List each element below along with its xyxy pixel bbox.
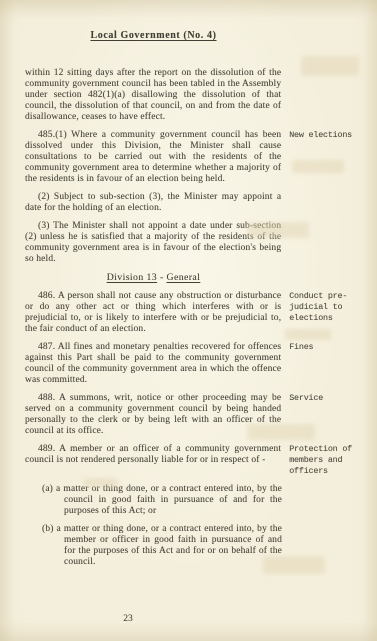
margin-note-fines: Fines xyxy=(289,342,371,353)
section-text: 487. All fines and monetary penalties re… xyxy=(25,342,281,386)
list-item-b: (b) a matter or thing done, or a contrac… xyxy=(25,524,282,568)
margin-note-conduct-prejudicial: Conduct pre- judicial to elections xyxy=(289,291,371,324)
section-text: (3) The Minister shall not appoint a dat… xyxy=(25,221,281,265)
page-title: Local Government (No. 4) xyxy=(25,30,282,41)
list-item-label: (b) xyxy=(42,524,54,534)
margin-note-service: Service xyxy=(289,393,371,404)
section-489: 489. A member or an officer of a communi… xyxy=(25,444,371,477)
division-separator: - xyxy=(160,272,164,283)
list-item-label: (a) xyxy=(42,484,53,494)
list-item-text: a matter or thing done, or a contract en… xyxy=(57,524,282,567)
section-text: 488. A summons, writ, notice or other pr… xyxy=(25,393,281,437)
margin-note-new-elections: New elections xyxy=(289,130,371,141)
section-text: (2) Subject to sub-section (3), the Mini… xyxy=(25,192,281,214)
section-485-3: (3) The Minister shall not appoint a dat… xyxy=(25,221,371,265)
division-number: Division 13 xyxy=(107,272,157,283)
section-485-1: 485.(1) Where a community government cou… xyxy=(25,130,371,185)
paragraph-text: within 12 sitting days after the report … xyxy=(25,68,281,123)
section-485-2: (2) Subject to sub-section (3), the Mini… xyxy=(25,192,371,214)
paragraph-continuation: within 12 sitting days after the report … xyxy=(25,68,371,123)
division-title: General xyxy=(166,272,200,283)
section-text: 489. A member or an officer of a communi… xyxy=(25,444,281,466)
list-item-text: a matter or thing done, or a contract en… xyxy=(56,484,282,516)
page-title-text: Local Government (No. 4) xyxy=(90,30,216,41)
section-488: 488. A summons, writ, notice or other pr… xyxy=(25,393,371,437)
division-heading: Division 13 - General xyxy=(25,272,282,283)
section-487: 487. All fines and monetary penalties re… xyxy=(25,342,371,386)
section-486: 486. A person shall not cause any obstru… xyxy=(25,291,371,335)
section-text: 485.(1) Where a community government cou… xyxy=(25,130,281,185)
margin-note-protection: Protection of members and officers xyxy=(289,444,371,477)
page-number: 23 xyxy=(116,614,140,624)
list-item-a: (a) a matter or thing done, or a contrac… xyxy=(25,484,282,517)
section-text: 486. A person shall not cause any obstru… xyxy=(25,291,281,335)
scanned-document-page: Local Government (No. 4) within 12 sitti… xyxy=(0,0,377,641)
